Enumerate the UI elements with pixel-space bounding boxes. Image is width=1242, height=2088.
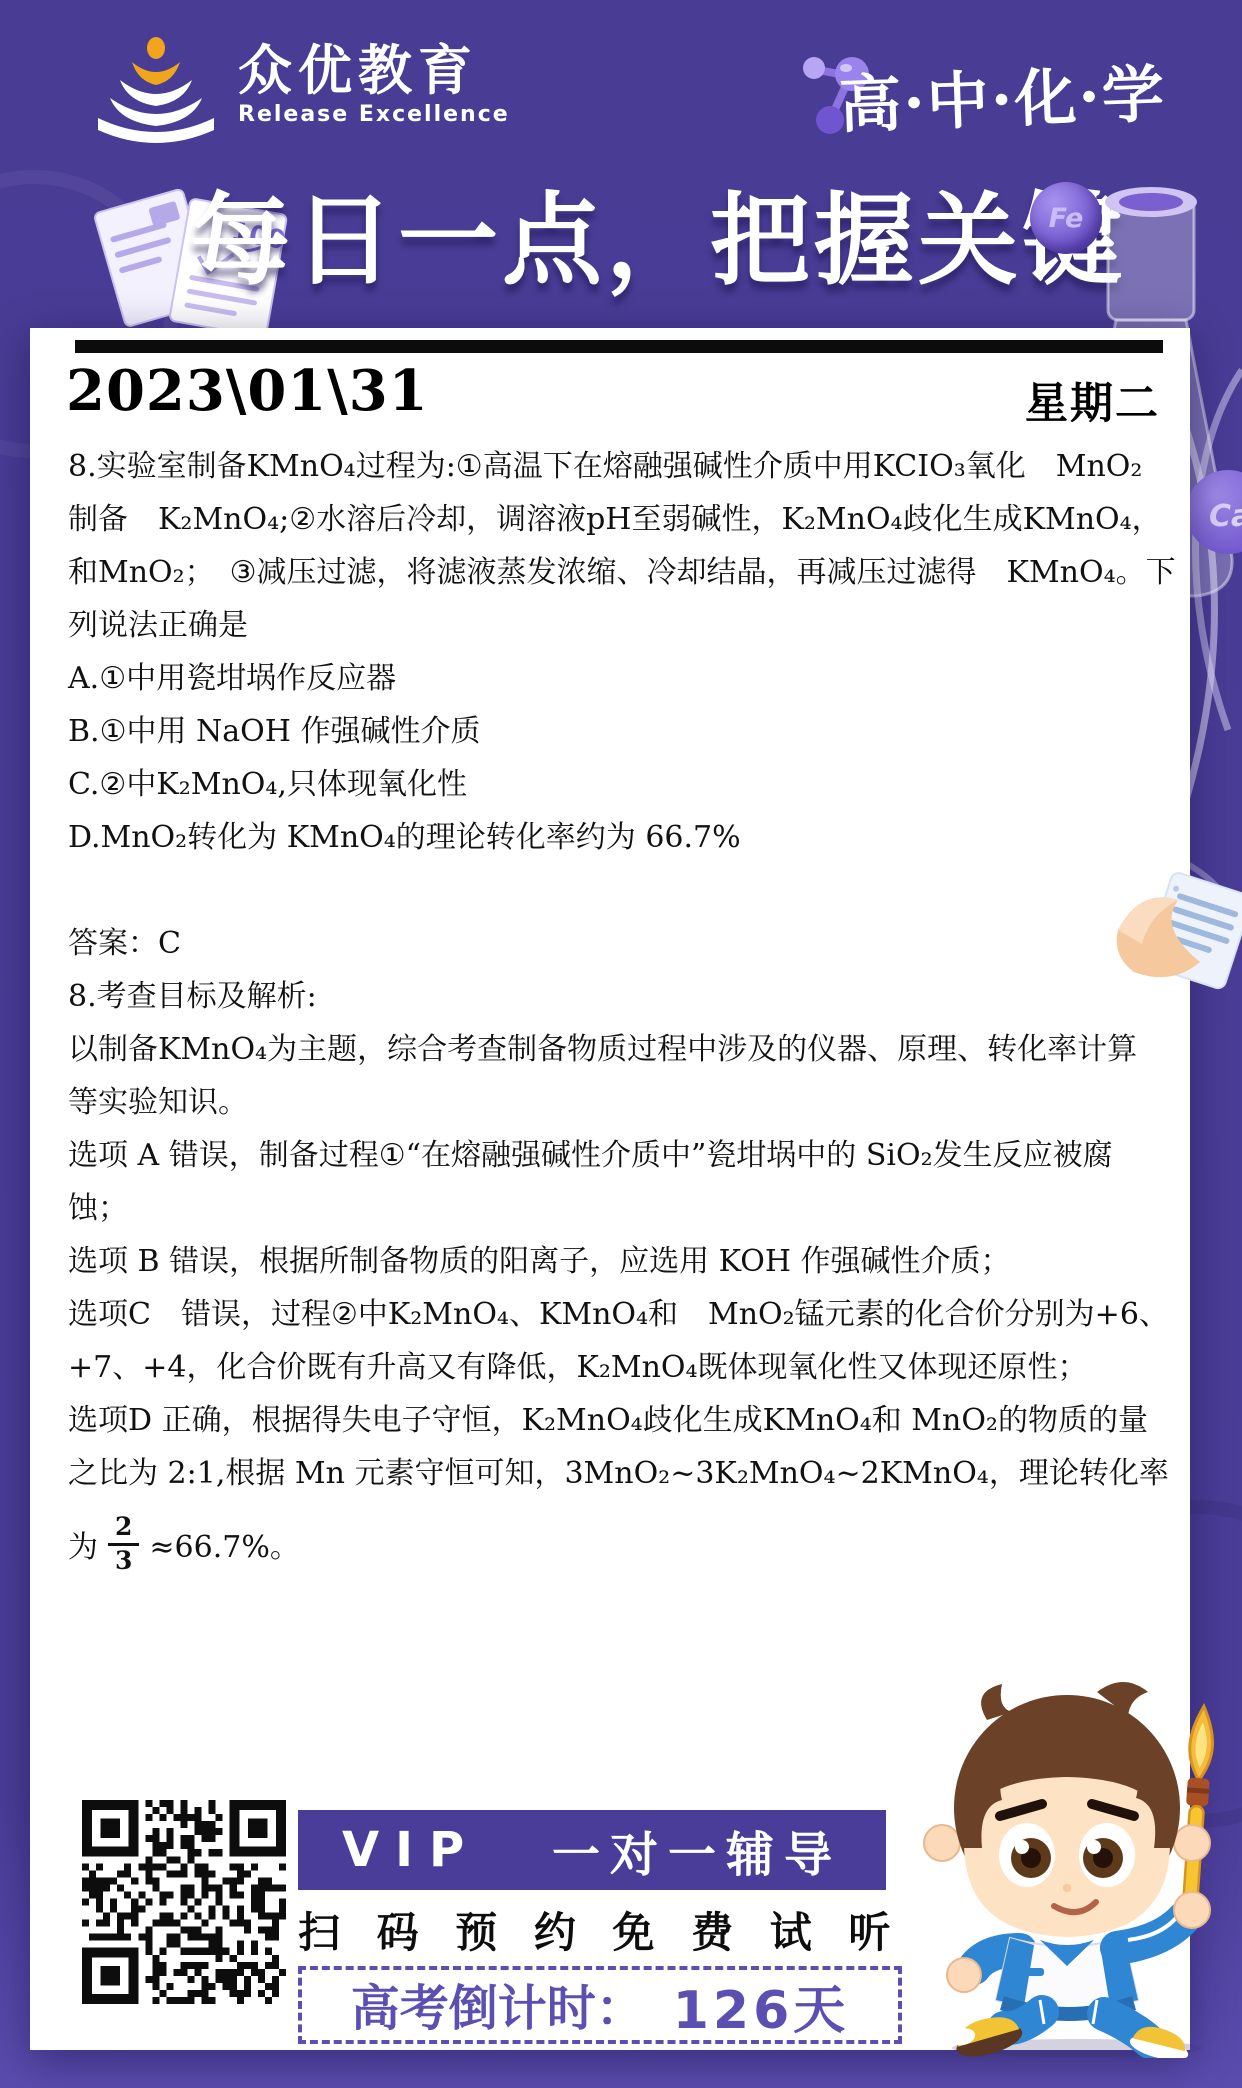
vip-banner: VIP 一对一辅导 [298,1810,886,1890]
analysis-line: 等实验知识。 [68,1076,1163,1129]
option-d-line: D.MnO₂转化为 KMnO₄的理论转化率约为 66.7% [68,811,1163,864]
vip-title: 一对一辅导 [552,1816,842,1885]
countdown-box: 高考倒计时： 126天 [298,1966,902,2044]
question-text-column: 8.实验室制备KMnO₄过程为:①高温下在熔融强碱性介质中用KCIO₃氧化 Mn… [68,440,1163,1588]
option-a-line: A.①中用瓷坩埚作反应器 [68,652,1163,705]
main-title: 每日一点，把握关键 [190,176,1126,306]
answer-line: 答案：C [68,917,1163,970]
blank-line [68,864,1163,917]
conclusion-suffix: ≈66.7%。 [149,1522,299,1566]
analysis-line: 以制备KMnO₄为主题，综合考查制备物质过程中涉及的仪器、原理、转化率计算 [68,1023,1163,1076]
vip-label: VIP [342,1822,480,1878]
analysis-line: 选项 B 错误，根据所制备物质的阳离子，应选用 KOH 作强碱性介质； [68,1235,1163,1288]
poster: 众优教育 Release Excellence 高·中·化·学 100 每日一点… [0,0,1242,2088]
conclusion-prefix: 为 [68,1522,98,1566]
question-line: 和MnO₂； ③减压过滤，将滤液蒸发浓缩、冷却结晶，再减压过滤得 KMnO₄。下 [68,546,1163,599]
analysis-line: 选项C 错误，过程②中K₂MnO₄、KMnO₄和 MnO₂锰元素的化合价分别为+… [68,1288,1163,1341]
paper-curl-icon [1112,872,1242,1012]
analysis-line: 选项D 正确，根据得失电子守恒，K₂MnO₄歧化生成KMnO₄和 MnO₂的物质… [68,1394,1163,1447]
question-line: 制备 K₂MnO₄;②水溶后冷却，调溶液pH至弱碱性，K₂MnO₄歧化生成KMn… [68,493,1163,546]
fraction: 2 3 [108,1513,139,1576]
paintbrush-icon [1178,1706,1215,1915]
countdown-label: 高考倒计时： [351,1970,645,2040]
fraction-numerator: 2 [108,1513,139,1546]
date: 2023\01\31 [66,358,429,424]
question-line: 8.实验室制备KMnO₄过程为:①高温下在熔融强碱性介质中用KCIO₃氧化 Mn… [68,440,1163,493]
option-c-line: C.②中K₂MnO₄,只体现氧化性 [68,758,1163,811]
scan-cta-text: 扫 码 预 约 免 费 试 听 [298,1900,886,1960]
analysis-heading: 8.考查目标及解析: [68,970,1163,1023]
analysis-line: 蚀； [68,1182,1163,1235]
brand-tagline: Release Excellence [238,102,510,127]
weekday: 星期二 [1025,370,1160,431]
top-rule [75,340,1163,353]
countdown-value: 126天 [673,1968,850,2043]
mascot-character [892,1648,1242,2058]
brand-logo-icon [76,36,236,148]
brand-name: 众优教育 [238,44,510,98]
analysis-line: +7、+4，化合价既有升高又有降低，K₂MnO₄既体现氧化性又体现还原性； [68,1341,1163,1394]
subject-title: 高·中·化·学 [838,44,1168,144]
fraction-denominator: 3 [115,1546,132,1576]
analysis-line: 之比为 2:1,根据 Mn 元素守恒可知，3MnO₂~3K₂MnO₄~2KMnO… [68,1447,1163,1500]
ca-label: Ca [1209,499,1242,534]
analysis-line: 选项 A 错误，制备过程①“在熔融强碱性介质中”瓷坩埚中的 SiO₂发生反应被腐 [68,1129,1163,1182]
qr-code [82,1800,286,2004]
conclusion-line: 为 2 3 ≈66.7%。 [68,1500,1163,1588]
option-b-line: B.①中用 NaOH 作强碱性介质 [68,705,1163,758]
question-line: 列说法正确是 [68,599,1163,652]
brand-block: 众优教育 Release Excellence [238,44,510,127]
